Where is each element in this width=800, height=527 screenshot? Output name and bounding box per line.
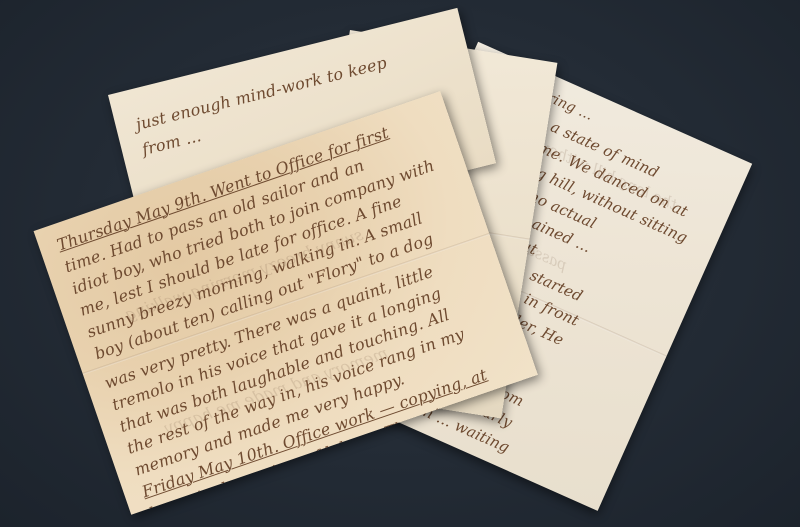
letter-page-front: sunny breezy morning walking memory and …	[34, 91, 538, 515]
